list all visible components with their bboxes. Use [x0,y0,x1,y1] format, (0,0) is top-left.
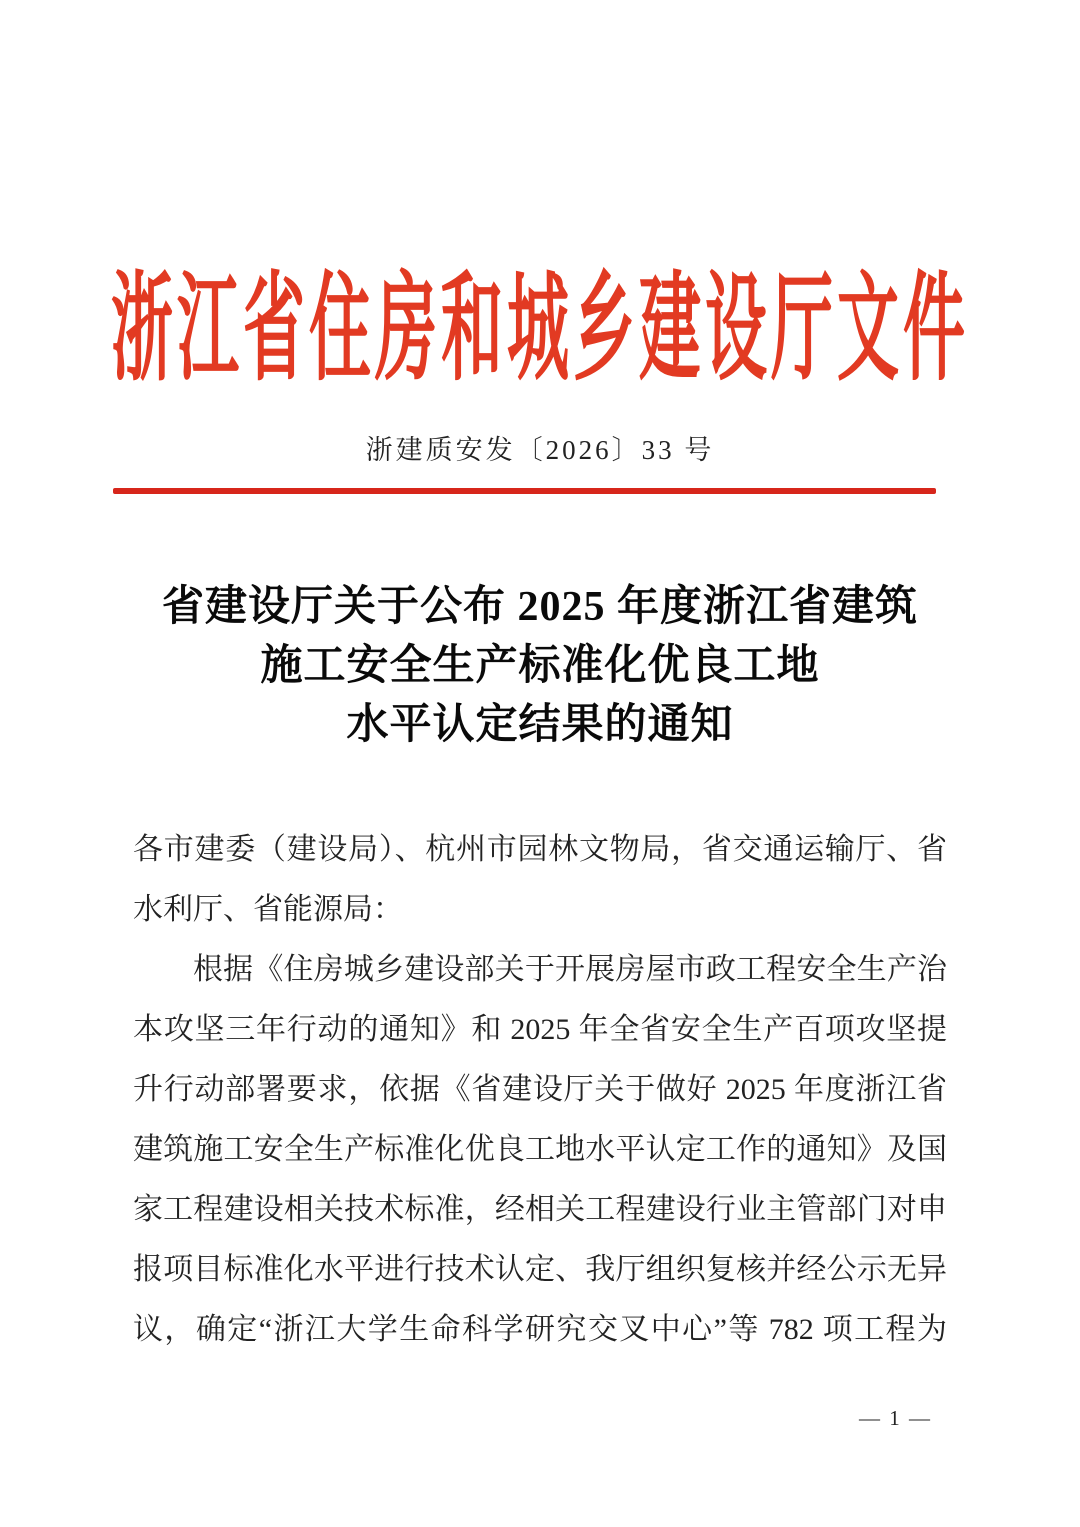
body-line: 根据《住房城乡建设部关于开展房屋市政工程安全生产治 [133,940,947,1000]
document-body: 各市建委（建设局）、杭州市园林文物局，省交通运输厅、省 水利厅、省能源局： 根据… [133,820,947,1360]
body-line: 各市建委（建设局）、杭州市园林文物局，省交通运输厅、省 [133,820,947,880]
document-title: 省建设厅关于公布 2025 年度浙江省建筑 施工安全生产标准化优良工地 水平认定… [0,578,1080,755]
body-line: 建筑施工安全生产标准化优良工地水平认定工作的通知》及国 [133,1120,947,1180]
title-line-2: 施工安全生产标准化优良工地 [0,637,1080,696]
document-page: 浙江省住房和城乡建设厅文件 浙建质安发〔2026〕33 号 省建设厅关于公布 2… [0,0,1080,1527]
title-line-3: 水平认定结果的通知 [0,696,1080,755]
body-line: 本攻坚三年行动的通知》和 2025 年全省安全生产百项攻坚提 [133,1000,947,1060]
red-divider-line [113,488,936,494]
body-line: 家工程建设相关技术标准，经相关工程建设行业主管部门对申 [133,1180,947,1240]
agency-title-text: 浙江省住房和城乡建设厅文件 [111,234,969,403]
page-number: — 1 — [859,1406,932,1431]
doc-number: 浙建质安发〔2026〕33 号 [0,428,1080,467]
title-line-1: 省建设厅关于公布 2025 年度浙江省建筑 [0,578,1080,637]
body-line: 水利厅、省能源局： [133,880,947,940]
body-line: 升行动部署要求，依据《省建设厅关于做好 2025 年度浙江省 [133,1060,947,1120]
agency-masthead: 浙江省住房和城乡建设厅文件 [0,234,1080,323]
body-line: 报项目标准化水平进行技术认定、我厅组织复核并经公示无异 [133,1240,947,1300]
body-line: 议，确定“浙江大学生命科学研究交叉中心”等 782 项工程为 [133,1300,947,1360]
